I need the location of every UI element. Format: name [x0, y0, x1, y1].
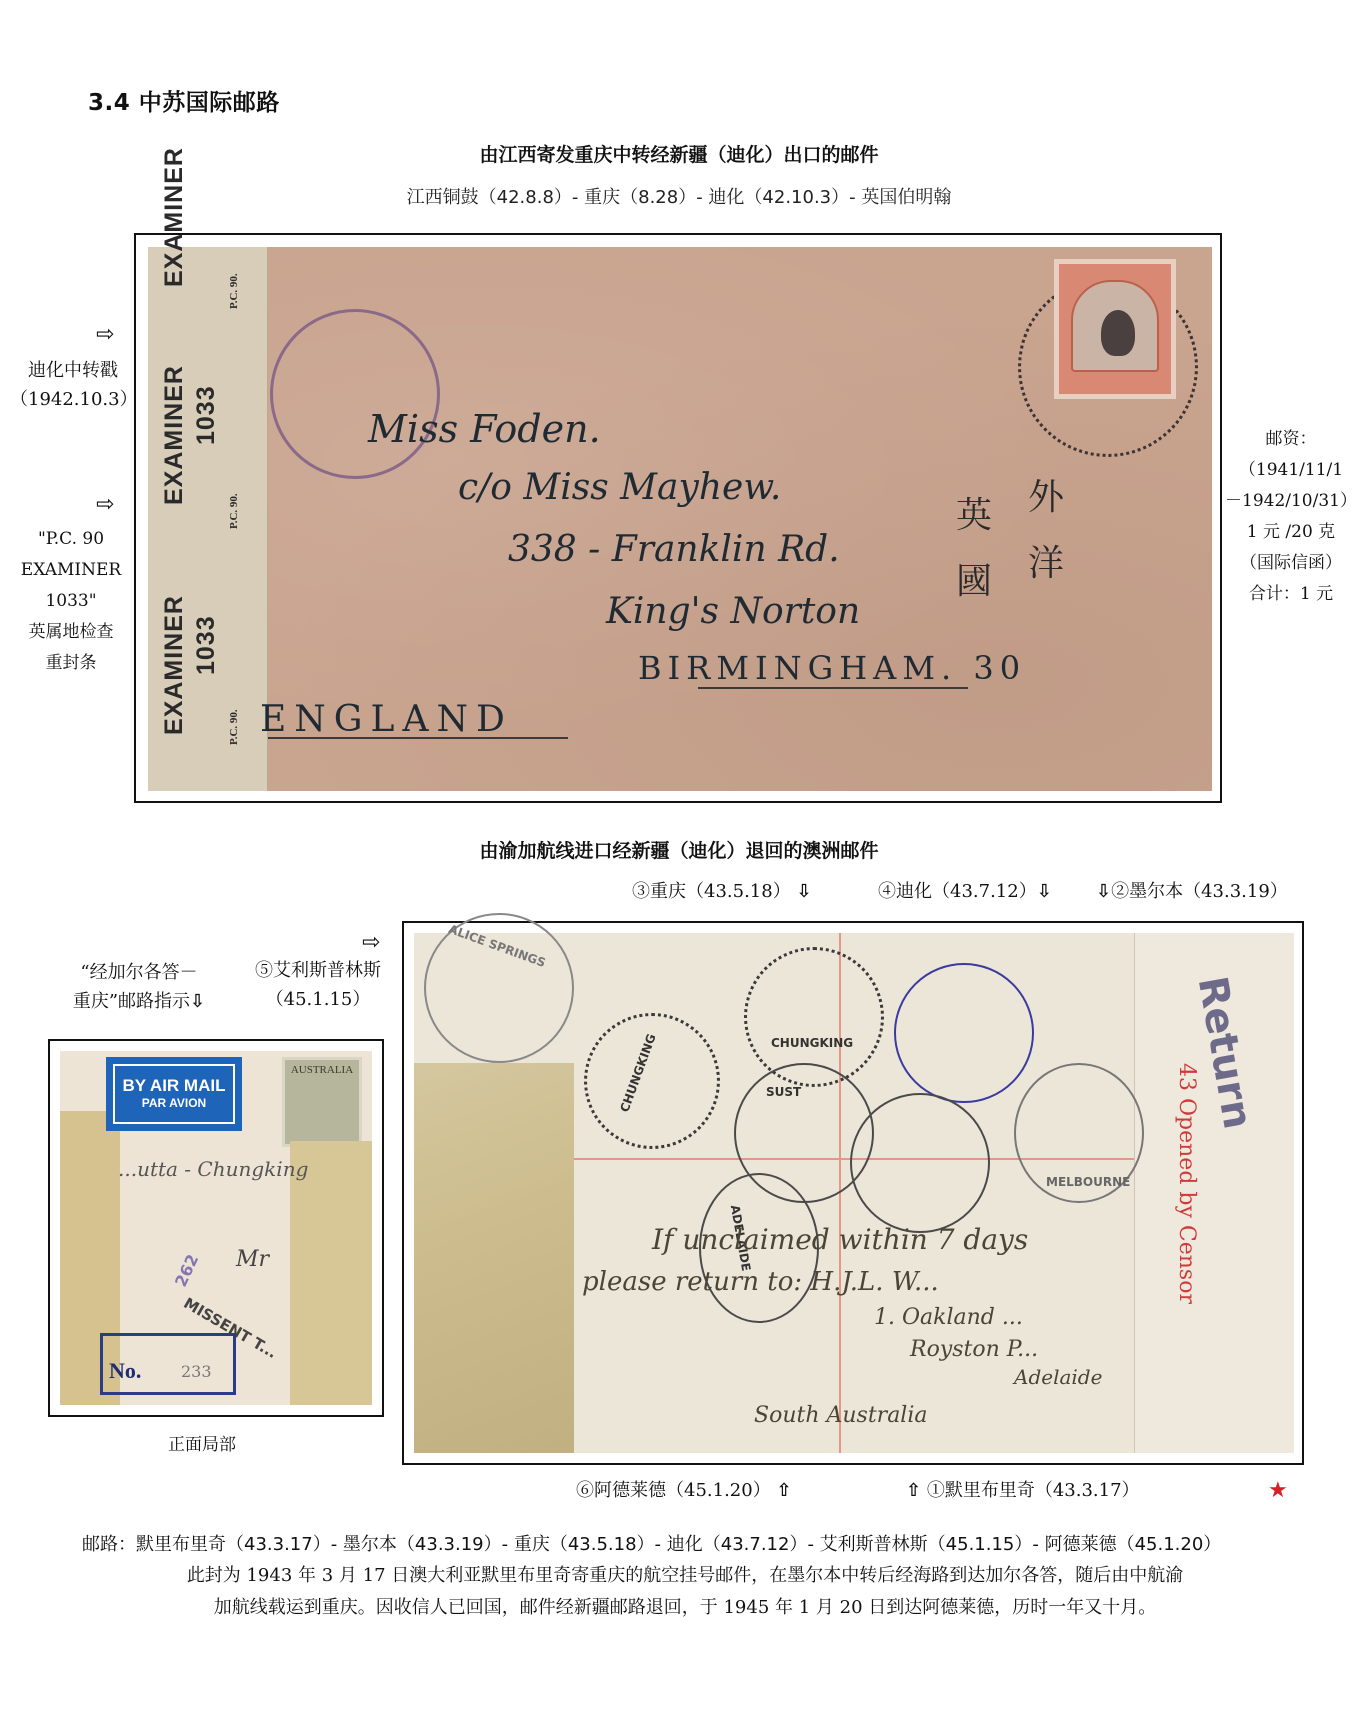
address-country: ENGLAND	[260, 699, 513, 740]
mark-melbourne: ⇩②墨尔本（43.3.19）	[1096, 877, 1288, 903]
routing-handwriting: ...utta - Chungking	[118, 1157, 308, 1181]
address-chinese: 英	[956, 487, 992, 538]
mark-label: ⑥阿德莱德（45.1.20）	[576, 1480, 771, 1501]
return-address: 1. Oakland ...	[874, 1305, 1023, 1330]
cover2-title: 由渝加航线进口经新疆（迪化）退回的澳洲邮件	[0, 836, 1358, 863]
note-line: （1942.10.3）	[10, 385, 136, 414]
mark-label: ③重庆（43.5.18）	[632, 881, 791, 902]
strip-number-text: 1033	[192, 615, 221, 675]
mark-alice-springs: ⑤艾利斯普林斯 （45.1.15）	[236, 956, 400, 1014]
arrow-down-icon: ⇩	[1096, 881, 1111, 902]
section-title-text: 中苏国际邮路	[139, 90, 280, 116]
censor-strip: EXAMINER EXAMINER EXAMINER 1033 1033 P.C…	[148, 247, 268, 791]
strip-examiner-text: EXAMINER	[160, 147, 189, 287]
mark-adelaide: ⑥阿德莱德（45.1.20） ⇧	[576, 1476, 792, 1502]
note-line: ⑤艾利斯普林斯	[236, 956, 400, 985]
address-line: Miss Foden.	[368, 407, 601, 451]
tape	[414, 1063, 574, 1453]
postmark-melbourne: MELBOURNE	[1014, 1063, 1144, 1203]
postmark-chinese	[850, 1093, 990, 1233]
postmark-alice-springs: ALICE SPRINGS	[424, 913, 574, 1063]
note-line: 重封条	[6, 648, 136, 679]
description: 此封为 1943 年 3 月 17 日澳大利亚默里布里奇寄重庆的航空挂号邮件，在…	[80, 1560, 1290, 1624]
arrow-right-icon: ⇨	[96, 322, 114, 347]
note-line: 1033"	[6, 586, 136, 617]
strip-pc-text: P.C. 90.	[228, 493, 240, 529]
front-detail-frame: BY AIR MAIL PAR AVION AUSTRALIA ...utta …	[48, 1039, 384, 1417]
postmark-text: ALICE SPRINGS	[447, 922, 548, 970]
return-instruction: If unclaimed within 7 days	[652, 1223, 1028, 1256]
postage-stamp	[1054, 259, 1176, 399]
mark-dihua: ④迪化（43.7.12）⇩	[878, 877, 1052, 903]
postage-note: 邮资： （1941/11/1 －1942/10/31） 1 元 /20 克 （国…	[1224, 424, 1358, 610]
cover2-envelope-image: ALICE SPRINGS CHUNGKING CHUNGKING SUST M…	[414, 933, 1294, 1453]
address-line: BIRMINGHAM. 30	[638, 649, 1026, 687]
registration-number: 233	[181, 1362, 212, 1381]
note-line: （1941/11/1	[1224, 455, 1358, 486]
transit-mark-note: 迪化中转戳 （1942.10.3）	[10, 356, 136, 414]
note-line: （45.1.15）	[236, 985, 400, 1014]
return-instruction: please return to: H.J.L. W...	[582, 1267, 939, 1297]
censor-mark: 43 Opened by Censor	[1174, 1063, 1199, 1304]
front-detail-image: BY AIR MAIL PAR AVION AUSTRALIA ...utta …	[60, 1051, 372, 1405]
underline	[698, 687, 968, 689]
airmail-text: PAR AVION	[115, 1096, 233, 1110]
section-number: 3.4	[88, 90, 130, 116]
return-address: Royston P...	[910, 1337, 1038, 1362]
censor-label-note: "P.C. 90 EXAMINER 1033" 英属地检查 重封条	[6, 524, 136, 679]
return-address: South Australia	[754, 1403, 928, 1428]
arrow-up-icon: ⇧	[906, 1480, 921, 1501]
note-line: "P.C. 90	[6, 524, 136, 555]
note-line: 邮资：	[1224, 424, 1358, 455]
postmark-dihua	[894, 963, 1034, 1103]
arrow-down-icon: ⇩	[190, 991, 205, 1012]
arrow-down-icon: ⇩	[1037, 881, 1052, 902]
note-line: 1 元 /20 克	[1224, 517, 1358, 548]
registration-label: No. 233	[100, 1333, 236, 1395]
postal-route: 邮路：默里布里奇（43.3.17）- 墨尔本（43.3.19）- 重庆（43.5…	[82, 1530, 1221, 1556]
description-line: 加航线载运到重庆。因收信人已回国，邮件经新疆邮路退回，于 1945 年 1 月 …	[80, 1592, 1290, 1624]
postmark-chongqing-1: CHUNGKING	[584, 1013, 720, 1149]
strip-pc-text: P.C. 90.	[228, 709, 240, 745]
mark-chongqing: ③重庆（43.5.18） ⇩	[632, 877, 812, 903]
stamp-country: AUSTRALIA	[285, 1064, 359, 1076]
note-line: （国际信函）	[1224, 548, 1358, 579]
postmark-text: MELBOURNE	[1046, 1175, 1130, 1189]
address-line: King's Norton	[606, 591, 860, 632]
address-chinese: 外	[1028, 469, 1064, 520]
note-line: －1942/10/31）	[1224, 486, 1358, 517]
routing-instruction-note: “经加尔各答－ 重庆”邮路指示⇩	[44, 958, 234, 1016]
strip-examiner-text: EXAMINER	[160, 595, 189, 735]
address-line: c/o Miss Mayhew.	[458, 467, 781, 508]
arrow-down-icon: ⇩	[796, 881, 811, 902]
airmail-text: BY AIR MAIL	[115, 1076, 233, 1096]
section-title: 3.4 中苏国际邮路	[88, 84, 280, 117]
underline	[268, 737, 568, 739]
cover1-title: 由江西寄发重庆中转经新疆（迪化）出口的邮件	[0, 140, 1358, 167]
airmail-label: BY AIR MAIL PAR AVION	[106, 1057, 242, 1131]
star-icon: ★	[1268, 1478, 1288, 1503]
censor-text: Opened by Censor	[1174, 1098, 1199, 1304]
address-chinese: 洋	[1028, 535, 1064, 586]
censor-number: 43	[1174, 1063, 1199, 1091]
postmark-text: CHUNGKING	[771, 1036, 853, 1050]
censor-number: 262	[171, 1251, 202, 1289]
description-line: 此封为 1943 年 3 月 17 日澳大利亚默里布里奇寄重庆的航空挂号邮件，在…	[80, 1560, 1290, 1592]
note-line: EXAMINER	[6, 555, 136, 586]
registration-no: No.	[109, 1358, 141, 1384]
mark-label: ②墨尔本（43.3.19）	[1111, 881, 1288, 902]
arrow-right-icon: ⇨	[362, 930, 380, 955]
postmark-text: CHUNGKING	[617, 1032, 658, 1114]
note-line: “经加尔各答－	[44, 958, 234, 987]
note-line: 重庆”邮路指示	[73, 991, 190, 1012]
address-line: 338 - Franklin Rd.	[508, 529, 840, 570]
cover1-frame: EXAMINER EXAMINER EXAMINER 1033 1033 P.C…	[134, 233, 1222, 803]
strip-examiner-text: EXAMINER	[160, 365, 189, 505]
mark-label: ①默里布里奇（43.3.17）	[927, 1480, 1140, 1501]
address-chinese: 國	[956, 553, 992, 604]
addressee-handwriting: Mr	[236, 1247, 269, 1272]
cover1-route: 江西铜鼓（42.8.8）- 重庆（8.28）- 迪化（42.10.3）- 英国伯…	[0, 183, 1358, 209]
return-address: Adelaide	[1014, 1365, 1102, 1389]
note-line: 合计：1 元	[1224, 579, 1358, 610]
australia-stamp: AUSTRALIA	[282, 1057, 362, 1147]
postmark-text: SUST	[766, 1085, 801, 1099]
front-detail-caption: 正面局部	[168, 1430, 236, 1455]
note-line: 迪化中转戳	[10, 356, 136, 385]
strip-pc-text: P.C. 90.	[228, 273, 240, 309]
arrow-up-icon: ⇧	[776, 1480, 791, 1501]
cover1-envelope-image: EXAMINER EXAMINER EXAMINER 1033 1033 P.C…	[148, 247, 1212, 791]
dihua-transit-postmark	[270, 309, 440, 479]
mark-murray-bridge: ⇧ ①默里布里奇（43.3.17）	[906, 1476, 1140, 1502]
mark-label: ④迪化（43.7.12）	[878, 881, 1037, 902]
note-line: 英属地检查	[6, 617, 136, 648]
cover2-frame: ALICE SPRINGS CHUNGKING CHUNGKING SUST M…	[402, 921, 1304, 1465]
strip-number-text: 1033	[192, 385, 221, 445]
arrow-right-icon: ⇨	[96, 492, 114, 517]
